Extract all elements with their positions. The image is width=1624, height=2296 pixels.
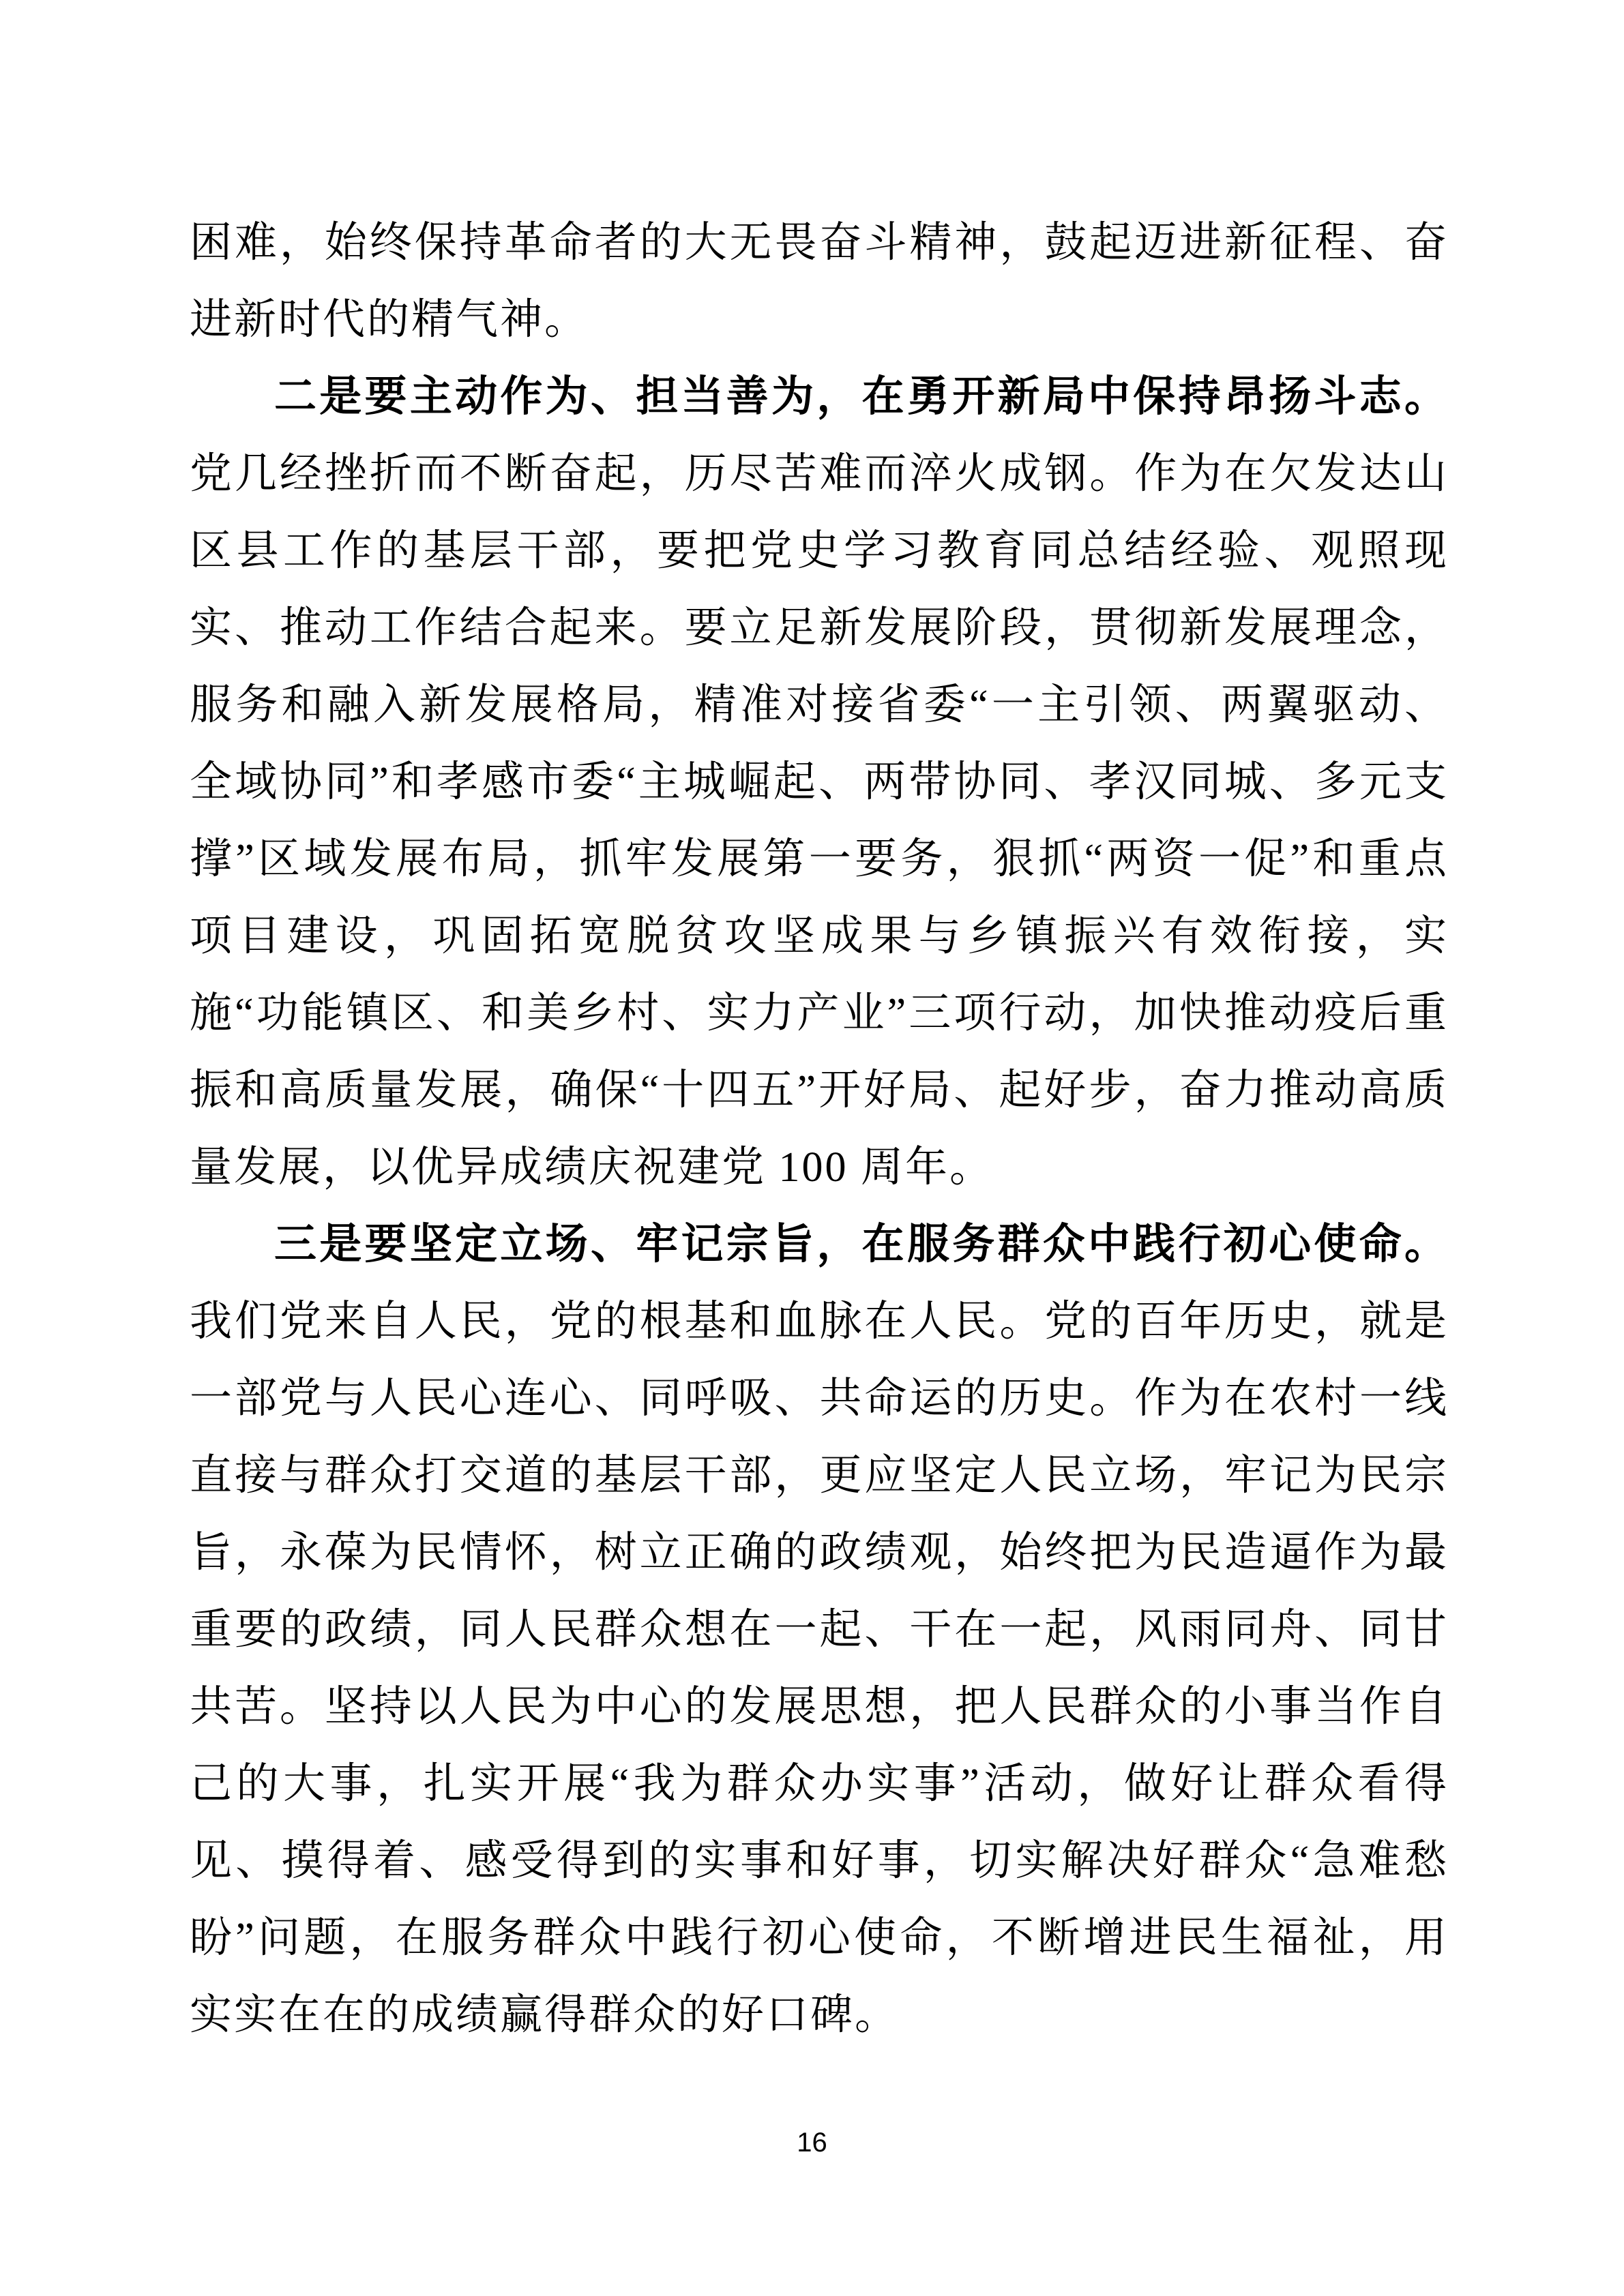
- paragraph-continuation: 困难，始终保持革命者的大无畏奋斗精神，鼓起迈进新征程、奋进新时代的精气神。: [190, 205, 1449, 359]
- page-number: 16: [0, 2128, 1624, 2158]
- paragraph-point-two: 二是要主动作为、担当善为，在勇开新局中保持昂扬斗志。党几经挫折而不断奋起，历尽苦…: [190, 359, 1449, 1206]
- paragraph-lead-heading: 三是要坚定立场、牢记宗旨，在服务群众中践行初心使命。: [274, 1221, 1449, 1268]
- paragraph-text: 我们党来自人民，党的根基和血脉在人民。党的百年历史，就是一部党与人民心连心、同呼…: [190, 1298, 1449, 2038]
- paragraph-text: 党几经挫折而不断奋起，历尽苦难而淬火成钢。作为在欠发达山区县工作的基层干部，要把…: [190, 451, 1449, 1191]
- paragraph-text: 困难，始终保持革命者的大无畏奋斗精神，鼓起迈进新征程、奋进新时代的精气神。: [190, 220, 1449, 343]
- paragraph-point-three: 三是要坚定立场、牢记宗旨，在服务群众中践行初心使命。我们党来自人民，党的根基和血…: [190, 1206, 1449, 2054]
- paragraph-lead-heading: 二是要主动作为、担当善为，在勇开新局中保持昂扬斗志。: [274, 374, 1449, 420]
- document-page: 困难，始终保持革命者的大无畏奋斗精神，鼓起迈进新征程、奋进新时代的精气神。 二是…: [0, 0, 1624, 2296]
- document-body: 困难，始终保持革命者的大无畏奋斗精神，鼓起迈进新征程、奋进新时代的精气神。 二是…: [190, 205, 1449, 2054]
